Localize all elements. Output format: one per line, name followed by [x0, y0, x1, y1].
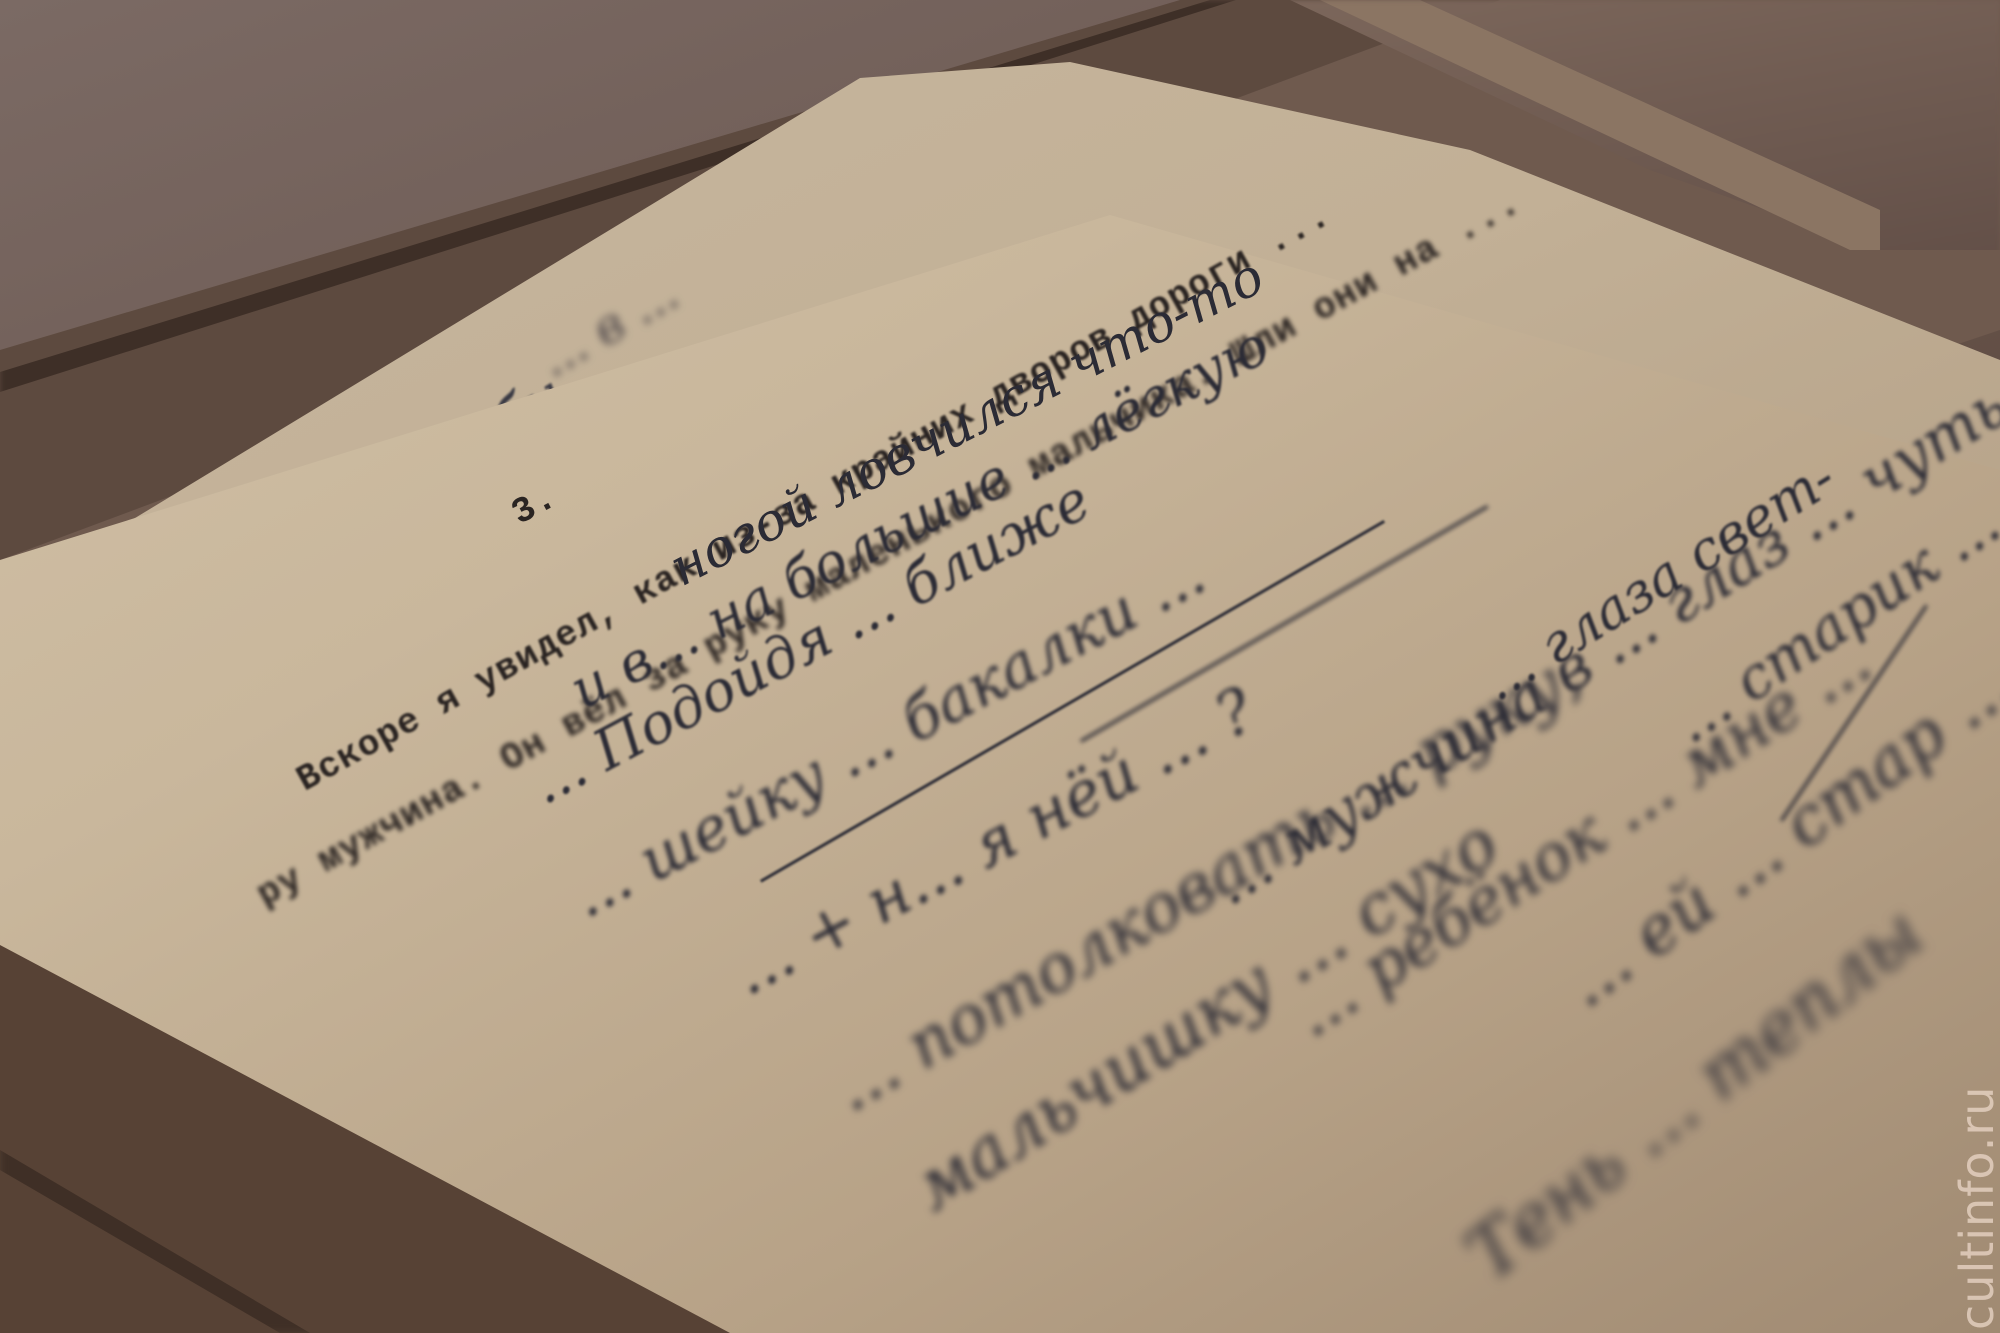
- watermark: cultinfo.ru: [1950, 1086, 2000, 1330]
